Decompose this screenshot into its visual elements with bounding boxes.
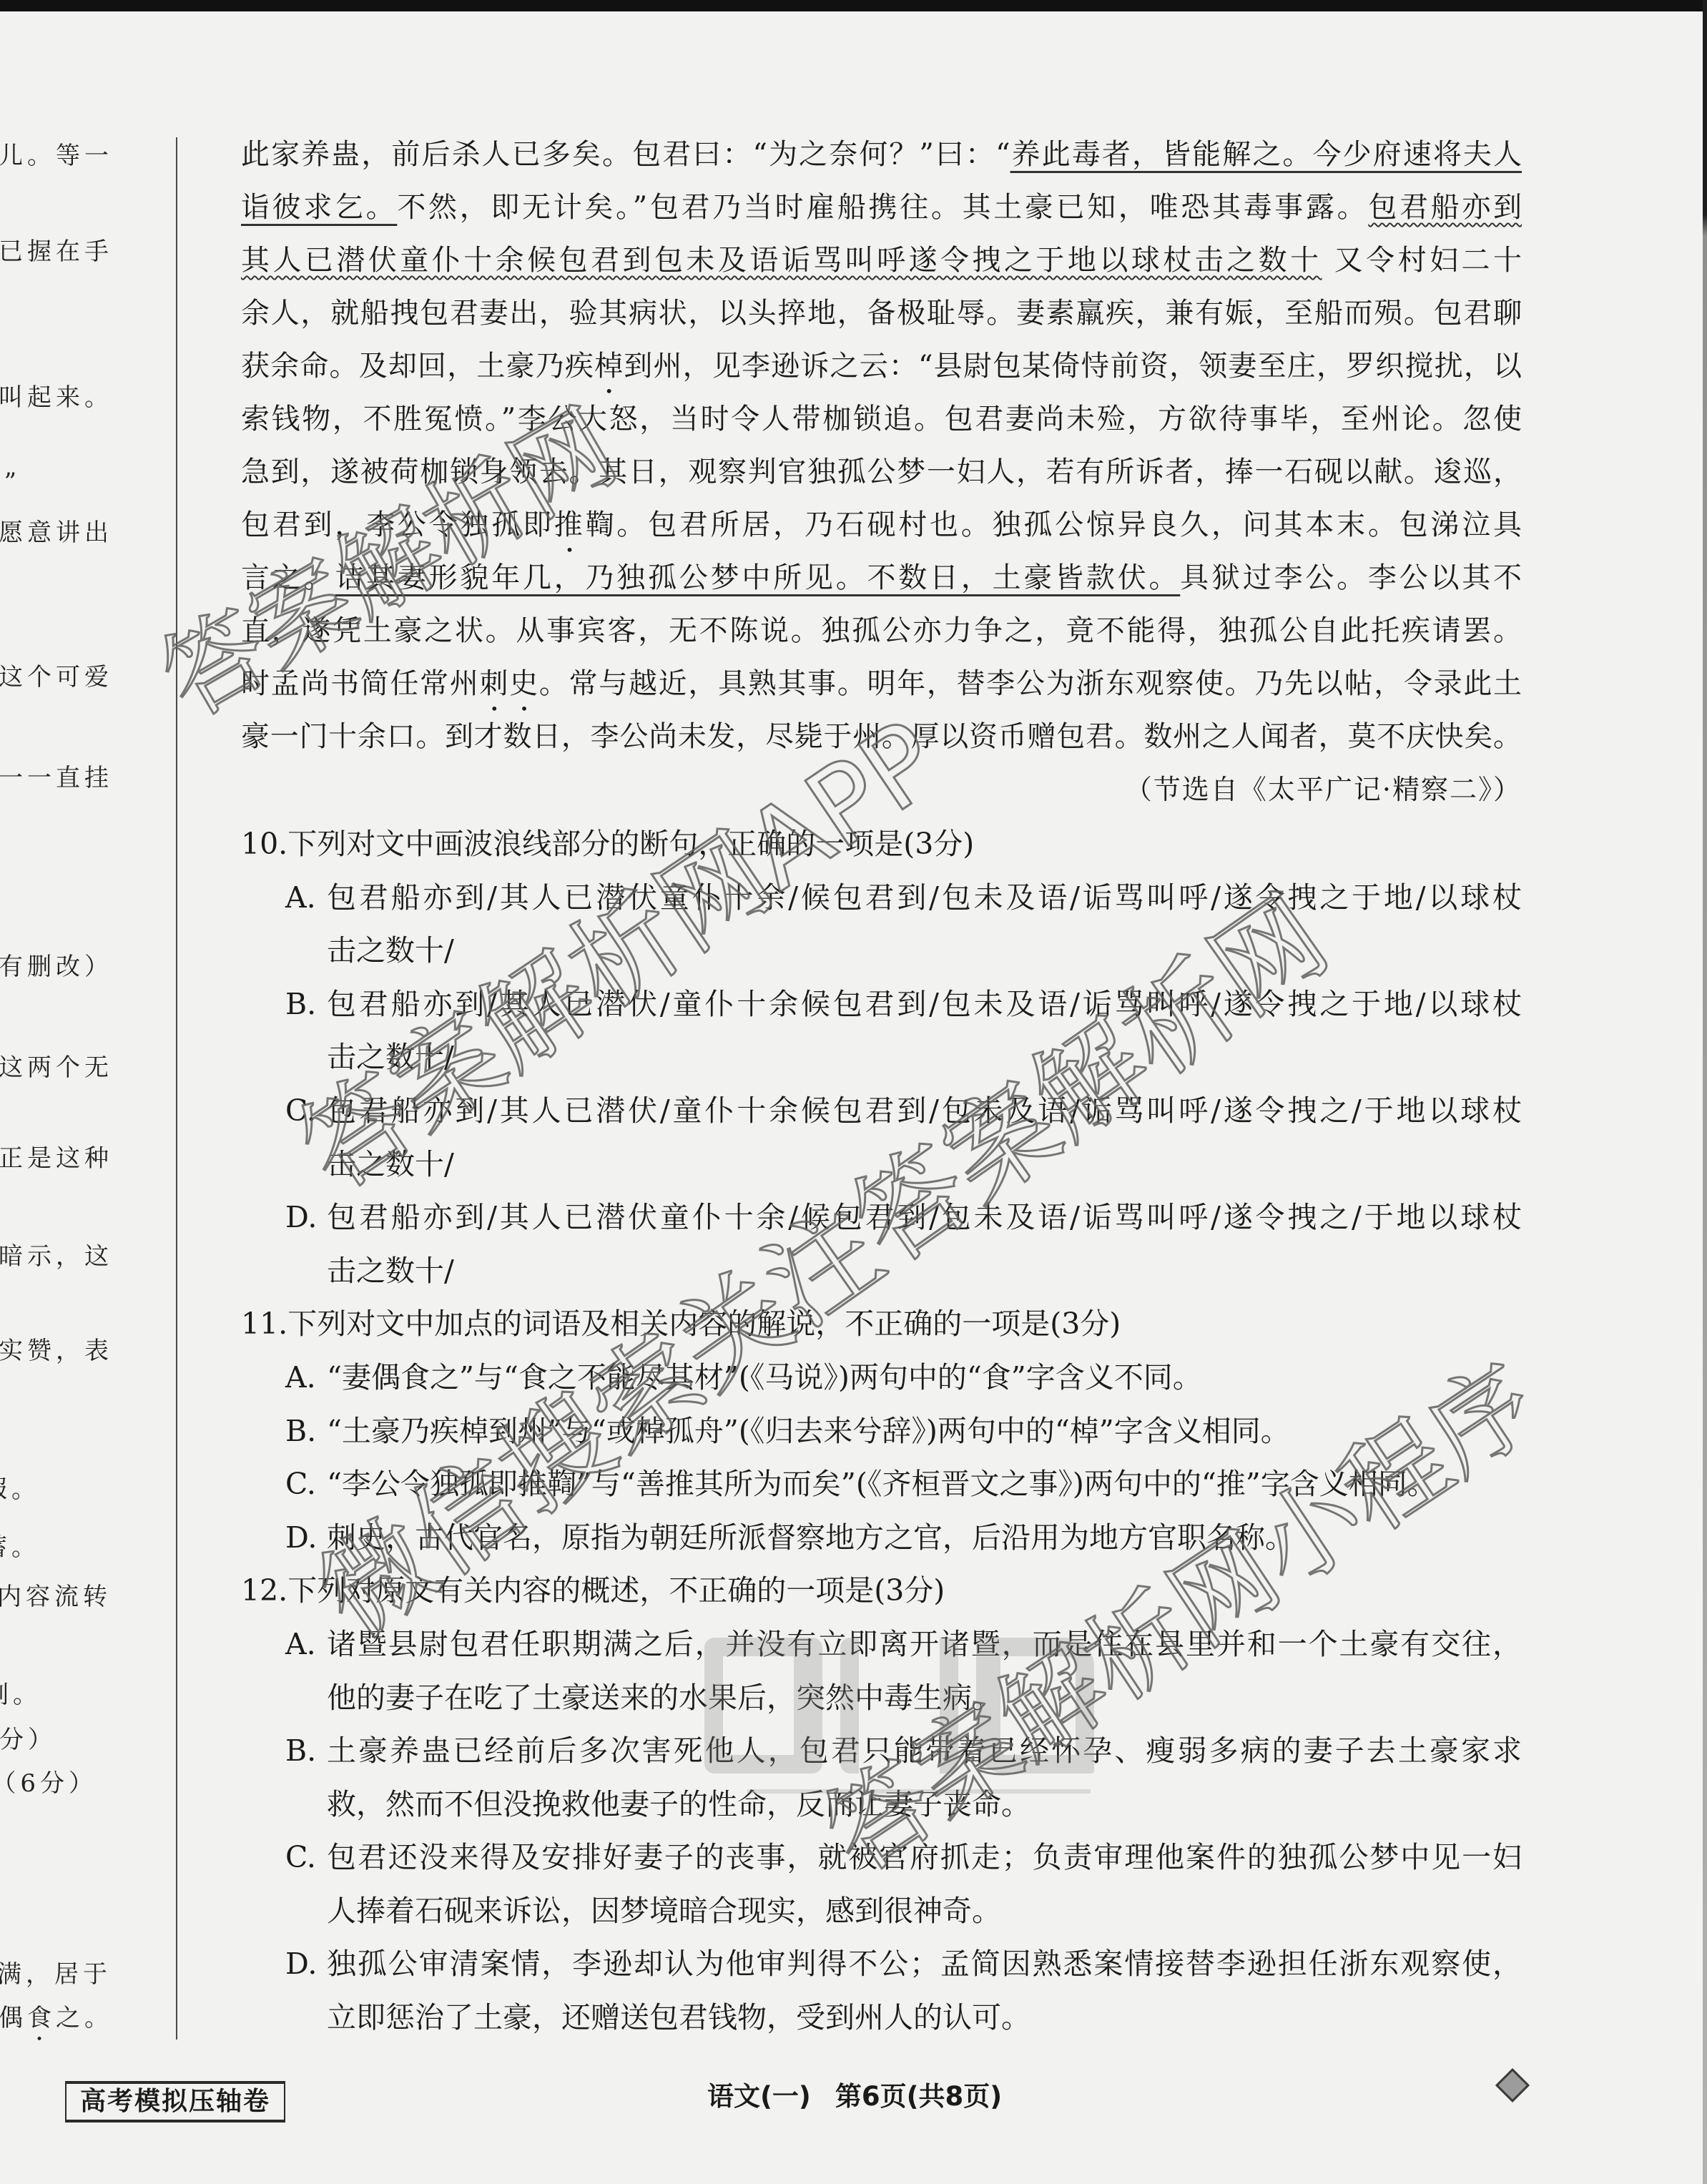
prev-fragment-emphasized: 偶食之。: [0, 2000, 113, 2036]
passage-text: 。常与越近，具熟其事。明年，替李公为浙东观察使。乃先以帖，令录此土: [539, 667, 1522, 700]
passage: 此家养蛊，前后杀人已多矣。包君曰：“为之奈何？”曰：“养此毒者，皆能解之。今少府…: [241, 128, 1522, 816]
passage-text: 急到，遂被荷枷锁身领去。其日，观察判官独孤公梦一妇人，若有所诉者，捧一石砚以献。…: [241, 456, 1522, 488]
wavy-underlined-text: 包君船亦到: [1368, 191, 1522, 224]
passage-line: 诣彼求乞。不然，即无计矣。”包君乃当时雇船携往。其土豪已知，唯恐其毒事露。包君船…: [241, 181, 1522, 234]
question-10-option-a: A.包君船亦到/其人已潜伏童仆十余/候包君到/包未及语/诟骂叫呼/遂令拽之于地/…: [241, 871, 1522, 925]
question-12-option-c: C.包君还没来得及安排好妻子的丧事，就被官府抓走；负责审理他案件的独孤公梦中见一…: [241, 1831, 1522, 1884]
passage-text: 豪一门十余口。到才数日，李公尚未发，尽毙于州。厚以资币赠包君。数州之人闻者，莫不…: [241, 720, 1522, 753]
prev-fragment: 刻。: [0, 1677, 41, 1713]
questions: 10.下列对文中画波浪线部分的断句，正确的一项是(3分) A.包君船亦到/其人已…: [241, 817, 1522, 2045]
prev-fragment: 蓄。: [0, 1530, 40, 1565]
underlined-text: 养此毒者，皆能解之。今少府速将夫人: [1010, 138, 1522, 171]
option-continuation: 击之数十/: [241, 1138, 1522, 1191]
exam-page: 儿。等一 已握在手 叫起来。 ，” 愿意讲出 这个可爱 一一直挂 有删改） 这两…: [0, 0, 1707, 2184]
option-continuation: 他的妻子在吃了土豪送来的水果后，突然中毒生病。: [241, 1671, 1522, 1725]
option-label: D.: [285, 1191, 327, 1244]
passage-line: 此家养蛊，前后杀人已多矣。包君曰：“为之奈何？”曰：“养此毒者，皆能解之。今少府…: [241, 128, 1522, 181]
prev-fragment: 已握在手: [0, 234, 113, 270]
passage-line: 其人已潜伏童仆十余候包君到包未及语诟骂叫呼遂令拽之于地以球杖击之数十 又令村妇二…: [241, 234, 1522, 287]
page-number: 第6页(共8页): [835, 2081, 1002, 2112]
prev-fragment: 服。: [0, 1472, 40, 1507]
question-10-option-c: C.包君船亦到/其人已潜伏/童仆十余候包君到/包未及语/诟骂叫呼/遂令拽之/于地…: [241, 1084, 1522, 1138]
passage-text: 时孟尚书简任常州: [241, 667, 480, 700]
prev-fragment: 实赞，表: [0, 1333, 113, 1369]
prev-text: 之。: [56, 2004, 113, 2032]
option-continuation: 立即惩治了土豪，还赠送包君钱物，受到州人的认可。: [241, 1991, 1522, 2045]
passage-line: 急到，遂被荷枷锁身领去。其日，观察判官独孤公梦一妇人，若有所诉者，捧一石砚以献。…: [241, 446, 1522, 498]
option-text: 土豪养蛊已经前后多次害死他人，包君只能带着已经怀孕、瘦弱多病的妻子去土豪家求: [327, 1724, 1522, 1778]
question-12-option-d: D.独孤公审清案情，李逊却认为他审判得不公；孟简因熟悉案情接替李逊担任浙东观察使…: [241, 1937, 1522, 1991]
option-text: “妻偶食之”与“食之不能尽其材”(《马说》)两句中的“食”字含义不同。: [327, 1351, 1522, 1405]
option-text: 包君船亦到/其人已潜伏/童仆十余候包君到/包未及语/诟骂叫呼/遂令拽之于地/以球…: [327, 978, 1522, 1031]
prev-fragment: 这两个无: [0, 1050, 113, 1086]
passage-line: 时孟尚书简任常州刺史。常与越近，具熟其事。明年，替李公为浙东观察使。乃先以帖，令…: [241, 657, 1522, 710]
passage-line: 余人，就船拽包君妻出，验其病状，以头捽地，备极耻辱。妻素羸疾，兼有娠，至船而殒。…: [241, 287, 1522, 340]
option-label: A.: [285, 1351, 327, 1405]
passage-text: 直，遂凭土豪之状。从事宾客，无不陈说。独孤公亦力争之，竟不能得，独孤公自此托疾请…: [241, 614, 1522, 647]
option-continuation: 人捧着石砚来诉讼，因梦境暗合现实，感到很神奇。: [241, 1884, 1522, 1938]
option-label: B.: [285, 978, 327, 1031]
column-divider: [176, 137, 177, 2040]
question-12-option-b: B.土豪养蛊已经前后多次害死他人，包君只能带着已经怀孕、瘦弱多病的妻子去土豪家求: [241, 1724, 1522, 1778]
passage-line: 言之。诘其妻形貌年几，乃独孤公梦中所见。不数日，土豪皆款伏。具狱过李公。李公以其…: [241, 551, 1522, 604]
passage-line: 直，遂凭土豪之状。从事宾客，无不陈说。独孤公亦力争之，竟不能得，独孤公自此托疾请…: [241, 604, 1522, 657]
passage-text: 具狱过李公。李公以其不: [1180, 561, 1522, 594]
passage-line: 包君到，李公令独孤即推鞫。包君所居，乃石砚村也。独孤公惊异良久，问其本末。包涕泣…: [241, 498, 1522, 551]
passage-line: 索钱物，不胜冤愤。”李公大怒，当时令人带枷锁追。包君妻尚未殓，方欲待事毕，至州论…: [241, 393, 1522, 446]
prev-text: 偶: [0, 2004, 27, 2032]
prev-fragment: 有删改）: [0, 949, 113, 985]
prev-fragment: 儿。等一: [0, 138, 113, 174]
question-10-option-d: D.包君船亦到/其人已潜伏童仆十余/候包君到/包未及语/诟骂叫呼/遂令拽之/于地…: [241, 1191, 1522, 1244]
question-11-option-d: D.刺史，古代官名，原指为朝廷所派督察地方之官，后沿用为地方官职名称。: [241, 1511, 1522, 1565]
option-text: 诸暨县尉包君任职期满之后，并没有立即离开诸暨，而是住在县里并和一个土豪有交往，: [327, 1618, 1522, 1671]
passage-text: 言之。: [241, 561, 335, 594]
passage-text: 鞫。包君所居，乃石砚村也。独孤公惊异良久，问其本末。包涕泣具: [586, 508, 1522, 541]
prev-fragment: 正是这种: [0, 1141, 113, 1176]
option-label: C.: [285, 1084, 327, 1138]
option-label: D.: [285, 1511, 327, 1565]
option-label: D.: [285, 1937, 327, 1991]
option-text: 包君船亦到/其人已潜伏/童仆十余候包君到/包未及语/诟骂叫呼/遂令拽之/于地以球…: [327, 1084, 1522, 1138]
prev-fragment: ，”: [0, 464, 21, 500]
question-12-option-a: A.诸暨县尉包君任职期满之后，并没有立即离开诸暨，而是住在县里并和一个土豪有交往…: [241, 1618, 1522, 1671]
option-text: 包君船亦到/其人已潜伏童仆十余/候包君到/包未及语/诟骂叫呼/遂令拽之于地/以球…: [327, 871, 1522, 925]
option-continuation: 击之数十/: [241, 924, 1522, 978]
question-11-option-b: B.“土豪乃疾棹到州”与“或棹孤舟”(《归去来兮辞》)两句中的“棹”字含义相同。: [241, 1405, 1522, 1458]
option-label: B.: [285, 1724, 327, 1778]
passage-text: 此家养蛊，前后杀人已多矣。包君曰：“为之奈何？”曰：“: [241, 138, 1010, 171]
passage-line: 获余命。及却回，土豪乃疾棹到州，见李逊诉之云：“县尉包某倚恃前资，领妻至庄，罗织…: [241, 340, 1522, 393]
question-11-option-c: C.“李公令独孤即推鞫”与“善推其所为而矣”(《齐桓晋文之事》)两句中的“推”字…: [241, 1457, 1522, 1511]
option-text: “土豪乃疾棹到州”与“或棹孤舟”(《归去来兮辞》)两句中的“棹”字含义相同。: [327, 1405, 1522, 1458]
series-label-box: 高考模拟压轴卷: [65, 2081, 285, 2122]
option-continuation: 击之数十/: [241, 1244, 1522, 1298]
passage-text: 到州，见李逊诉之云：“县尉包某倚恃前资，领妻至庄，罗织搅扰，以: [624, 350, 1522, 383]
option-text: 独孤公审清案情，李逊却认为他审判得不公；孟简因熟悉案情接替李逊担任浙东观察使，: [327, 1937, 1522, 1991]
question-12-stem: 12.下列对原文有关内容的概述，不正确的一项是(3分): [241, 1564, 1522, 1618]
underlined-text: 诣彼求乞。: [241, 191, 397, 224]
question-10-option-b: B.包君船亦到/其人已潜伏/童仆十余候包君到/包未及语/诟骂叫呼/遂令拽之于地/…: [241, 978, 1522, 1031]
diamond-icon: [1495, 2068, 1530, 2102]
option-label: A.: [285, 1618, 327, 1671]
option-label: A.: [285, 871, 327, 925]
option-continuation: 救，然而不但没挽救他妻子的性命，反而让妻子丧命。: [241, 1778, 1522, 1831]
option-continuation: 击之数十/: [241, 1030, 1522, 1084]
subject-label: 语文(一): [707, 2081, 811, 2112]
passage-text: 又令村妇二十: [1322, 244, 1522, 277]
emphasized-char: 棹: [594, 350, 624, 383]
passage-line: 豪一门十余口。到才数日，李公尚未发，尽毙于州。厚以资币赠包君。数州之人闻者，莫不…: [241, 710, 1522, 763]
passage-text: 索钱物，不胜冤愤。”李公大怒，当时令人带枷锁追。包君妻尚未殓，方欲待事毕，至州论…: [241, 403, 1522, 436]
underlined-text: 诘其妻形貌年几，乃独孤公梦中所见。不数日，土豪皆款伏。: [335, 561, 1180, 594]
option-label: C.: [285, 1457, 327, 1511]
option-text: 包君船亦到/其人已潜伏童仆十余/候包君到/包未及语/诟骂叫呼/遂令拽之/于地以球…: [327, 1191, 1522, 1244]
scan-right-edge: [1703, 0, 1707, 2184]
emphasized-char: 食: [27, 2004, 56, 2032]
option-text: “李公令独孤即推鞫”与“善推其所为而矣”(《齐桓晋文之事》)两句中的“推”字含义…: [327, 1457, 1522, 1511]
question-11-stem: 11.下列对文中加点的词语及相关内容的解说，不正确的一项是(3分): [241, 1297, 1522, 1351]
option-text: 刺史，古代官名，原指为朝廷所派督察地方之官，后沿用为地方官职名称。: [327, 1511, 1522, 1565]
scan-top-edge: [0, 0, 1707, 11]
question-11-option-a: A.“妻偶食之”与“食之不能尽其材”(《马说》)两句中的“食”字含义不同。: [241, 1351, 1522, 1405]
option-text: 包君还没来得及安排好妻子的丧事，就被官府抓走；负责审理他案件的独孤公梦中见一妇: [327, 1831, 1522, 1884]
prev-fragment: 内容流转: [0, 1579, 112, 1615]
prev-fragment: 愿意讲出: [0, 515, 113, 551]
prev-fragment: 满，居于: [0, 1957, 112, 1992]
option-label: C.: [285, 1831, 327, 1884]
emphasized-word: 刺史: [480, 667, 539, 700]
option-label: B.: [285, 1405, 327, 1458]
prev-fragment: 暗示，这: [0, 1239, 113, 1274]
prev-fragment: 叫起来。: [0, 380, 113, 415]
passage-text: 获余命。及却回，土豪乃疾: [241, 350, 594, 383]
prev-fragment: 一一直挂: [0, 760, 113, 796]
prev-fragment: 这个可爱: [0, 659, 113, 695]
question-10-stem: 10.下列对文中画波浪线部分的断句，正确的一项是(3分): [241, 817, 1522, 871]
wavy-underlined-text: 其人已潜伏童仆十余候包君到包未及语诟骂叫呼遂令拽之于地以球杖击之数十: [241, 244, 1322, 277]
prev-fragment: （6分）: [0, 1766, 97, 1801]
passage-text: 不然，即无计矣。”包君乃当时雇船携往。其土豪已知，唯恐其毒事露。: [397, 191, 1368, 224]
passage-text: 包君到，李公令独孤即: [241, 508, 554, 541]
passage-text: 余人，就船拽包君妻出，验其病状，以头捽地，备极耻辱。妻素羸疾，兼有娠，至船而殒。…: [241, 297, 1522, 330]
emphasized-char: 推: [554, 508, 586, 541]
prev-fragment: 分）: [0, 1722, 56, 1758]
passage-source: （节选自《太平广记·精察二》）: [241, 763, 1522, 816]
page-footer: 语文(一)第6页(共8页): [707, 2078, 1002, 2115]
